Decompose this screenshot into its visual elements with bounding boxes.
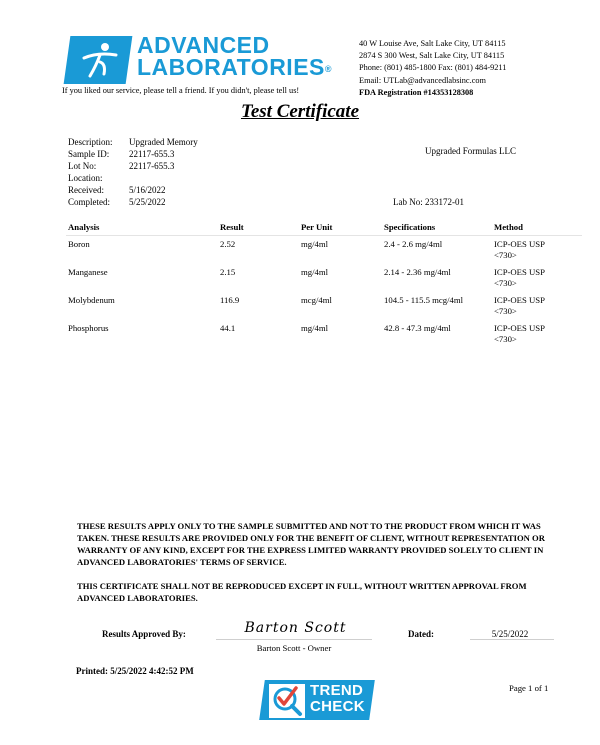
- col-analysis: Analysis: [66, 220, 218, 236]
- method-line-1: ICP-OES USP: [494, 239, 580, 250]
- cell-result: 2.15: [218, 264, 299, 292]
- registered-mark: ®: [325, 64, 332, 74]
- table-row: Boron 2.52 mg/4ml 2.4 - 2.6 mg/4ml ICP-O…: [66, 236, 582, 265]
- cell-method: ICP-OES USP<730>: [492, 236, 582, 265]
- method-line-2: <730>: [494, 250, 580, 261]
- cell-analysis: Boron: [66, 236, 218, 265]
- phone-fax-line: Phone: (801) 485-1800 Fax: (801) 484-921…: [359, 62, 506, 74]
- cell-method: ICP-OES USP<730>: [492, 320, 582, 348]
- advanced-labs-logo-text: ADVANCED LABORATORIES®: [137, 34, 332, 78]
- page-title: Test Certificate: [0, 101, 600, 123]
- info-label: Received:: [68, 184, 129, 196]
- dated-value: 5/25/2022: [470, 629, 550, 639]
- info-row-lot-no: Lot No:22117-655.3: [68, 160, 198, 172]
- col-method: Method: [492, 220, 582, 236]
- cell-result: 2.52: [218, 236, 299, 265]
- results-table: Analysis Result Per Unit Specifications …: [66, 220, 582, 348]
- table-row: Molybdenum 116.9 mcg/4ml 104.5 - 115.5 m…: [66, 292, 582, 320]
- info-value: 5/16/2022: [129, 184, 166, 196]
- runner-figure-icon: [72, 38, 126, 82]
- page-number: Page 1 of 1: [509, 683, 548, 693]
- logo-line-2: LABORATORIES: [137, 54, 325, 80]
- table-row: Manganese 2.15 mg/4ml 2.14 - 2.36 mg/4ml…: [66, 264, 582, 292]
- disclaimer: THESE RESULTS APPLY ONLY TO THE SAMPLE S…: [77, 520, 557, 616]
- dated-label: Dated:: [408, 629, 434, 639]
- logo-line-1: ADVANCED: [137, 34, 332, 56]
- approved-by-label: Results Approved By:: [102, 629, 186, 639]
- info-value: Upgraded Memory: [129, 136, 198, 148]
- table-header-row: Analysis Result Per Unit Specifications …: [66, 220, 582, 236]
- cell-unit: mcg/4ml: [299, 292, 382, 320]
- signature-line: [216, 639, 372, 640]
- info-value: 5/25/2022: [129, 196, 166, 208]
- cell-method: ICP-OES USP<730>: [492, 264, 582, 292]
- email-line: Email: UTLab@advancedlabsinc.com: [359, 75, 506, 87]
- cell-unit: mg/4ml: [299, 264, 382, 292]
- cell-spec: 42.8 - 47.3 mg/4ml: [382, 320, 492, 348]
- cell-spec: 2.4 - 2.6 mg/4ml: [382, 236, 492, 265]
- info-value: 22117-655.3: [129, 148, 174, 160]
- address-line: 2874 S 300 West, Salt Lake City, UT 8411…: [359, 50, 506, 62]
- cell-spec: 2.14 - 2.36 mg/4ml: [382, 264, 492, 292]
- info-row-sample-id: Sample ID:22117-655.3: [68, 148, 198, 160]
- lab-number: Lab No: 233172-01: [393, 197, 464, 207]
- info-label: Completed:: [68, 196, 129, 208]
- tagline: If you liked our service, please tell a …: [62, 86, 299, 95]
- cell-analysis: Manganese: [66, 264, 218, 292]
- dated-line: [470, 639, 554, 640]
- reproduction-notice: THIS CERTIFICATE SHALL NOT BE REPRODUCED…: [77, 580, 557, 604]
- magnifier-checkmark-icon: [268, 683, 306, 719]
- fda-registration: FDA Registration #14353128308: [359, 87, 506, 99]
- client-name: Upgraded Formulas LLC: [425, 146, 516, 156]
- badge-line-2: CHECK: [310, 699, 365, 715]
- info-row-received: Received:5/16/2022: [68, 184, 198, 196]
- info-row-description: Description:Upgraded Memory: [68, 136, 198, 148]
- cell-result: 44.1: [218, 320, 299, 348]
- method-line-1: ICP-OES USP: [494, 267, 580, 278]
- cell-unit: mg/4ml: [299, 236, 382, 265]
- cell-analysis: Molybdenum: [66, 292, 218, 320]
- col-per-unit: Per Unit: [299, 220, 382, 236]
- info-label: Sample ID:: [68, 148, 129, 160]
- col-result: Result: [218, 220, 299, 236]
- info-row-location: Location:: [68, 172, 198, 184]
- cell-unit: mg/4ml: [299, 320, 382, 348]
- method-line-2: <730>: [494, 334, 580, 345]
- info-label: Description:: [68, 136, 129, 148]
- method-line-1: ICP-OES USP: [494, 323, 580, 334]
- info-value: 22117-655.3: [129, 160, 174, 172]
- info-label: Lot No:: [68, 160, 129, 172]
- col-specifications: Specifications: [382, 220, 492, 236]
- info-label: Location:: [68, 172, 129, 184]
- printed-timestamp: Printed: 5/25/2022 4:42:52 PM: [76, 666, 194, 676]
- sample-info: Description:Upgraded Memory Sample ID:22…: [68, 136, 198, 208]
- address-line: 40 W Louise Ave, Salt Lake City, UT 8411…: [359, 38, 506, 50]
- info-row-completed: Completed:5/25/2022: [68, 196, 198, 208]
- lab-address-block: 40 W Louise Ave, Salt Lake City, UT 8411…: [359, 38, 506, 99]
- cell-result: 116.9: [218, 292, 299, 320]
- disclaimer-paragraph: THESE RESULTS APPLY ONLY TO THE SAMPLE S…: [77, 520, 557, 568]
- trend-check-text: TREND CHECK: [310, 683, 365, 715]
- signature: Barton Scott: [218, 620, 373, 636]
- cell-method: ICP-OES USP<730>: [492, 292, 582, 320]
- signer-name: Barton Scott - Owner: [216, 643, 372, 653]
- cell-analysis: Phosphorus: [66, 320, 218, 348]
- cell-spec: 104.5 - 115.5 mcg/4ml: [382, 292, 492, 320]
- method-line-2: <730>: [494, 306, 580, 317]
- method-line-2: <730>: [494, 278, 580, 289]
- table-row: Phosphorus 44.1 mg/4ml 42.8 - 47.3 mg/4m…: [66, 320, 582, 348]
- badge-line-1: TREND: [310, 683, 365, 699]
- method-line-1: ICP-OES USP: [494, 295, 580, 306]
